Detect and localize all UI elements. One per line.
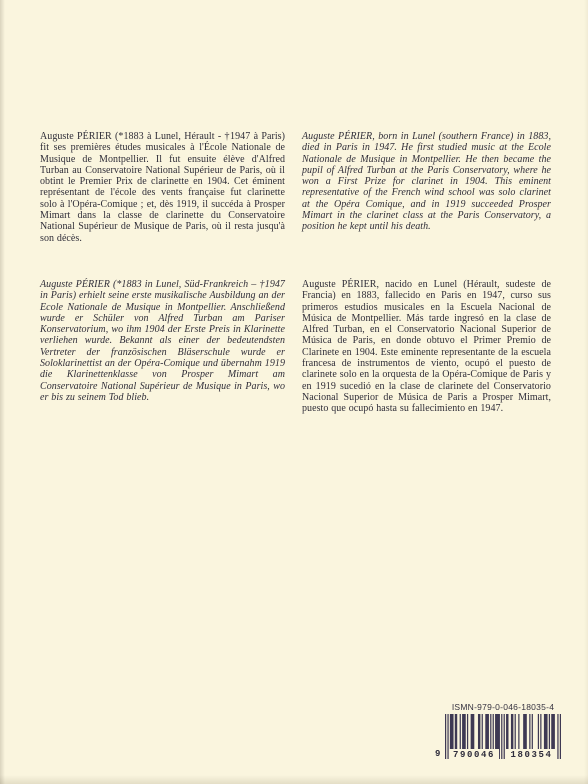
barcode-lead-digit: 9 <box>435 749 440 759</box>
biography-grid: Auguste PÉRIER (*1883 à Lunel, Hérault -… <box>40 131 551 415</box>
bio-paragraph-spanish: Auguste PÉRIER, nacido en Lunel (Hérault… <box>302 279 551 415</box>
back-cover-page: Auguste PÉRIER (*1883 à Lunel, Hérault -… <box>0 0 588 784</box>
ismn-barcode-block: ISMN-979-0-046-18035-4 9 790046 180354 <box>437 702 569 759</box>
ean13-barcode: 9 790046 180354 <box>445 714 561 759</box>
barcode-digit-group-2: 180354 <box>506 749 557 760</box>
barcode-digit-group-1: 790046 <box>449 749 499 760</box>
ismn-number-label: ISMN-979-0-046-18035-4 <box>437 702 569 712</box>
bio-paragraph-german: Auguste PÉRIER (*1883 in Lunel, Süd-Fran… <box>40 279 285 403</box>
bio-paragraph-french: Auguste PÉRIER (*1883 à Lunel, Hérault -… <box>40 131 285 244</box>
bio-paragraph-english: Auguste PÉRIER, born in Lunel (southern … <box>302 131 551 233</box>
